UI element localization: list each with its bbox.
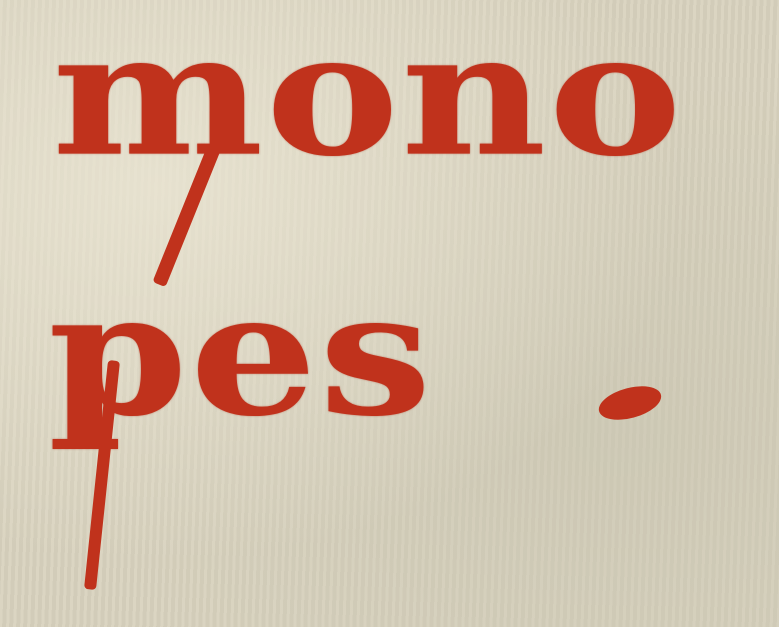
rubric-line-1: mono [52,10,684,180]
punctus-mark [595,380,665,426]
parchment-background: mono pes [0,0,779,627]
